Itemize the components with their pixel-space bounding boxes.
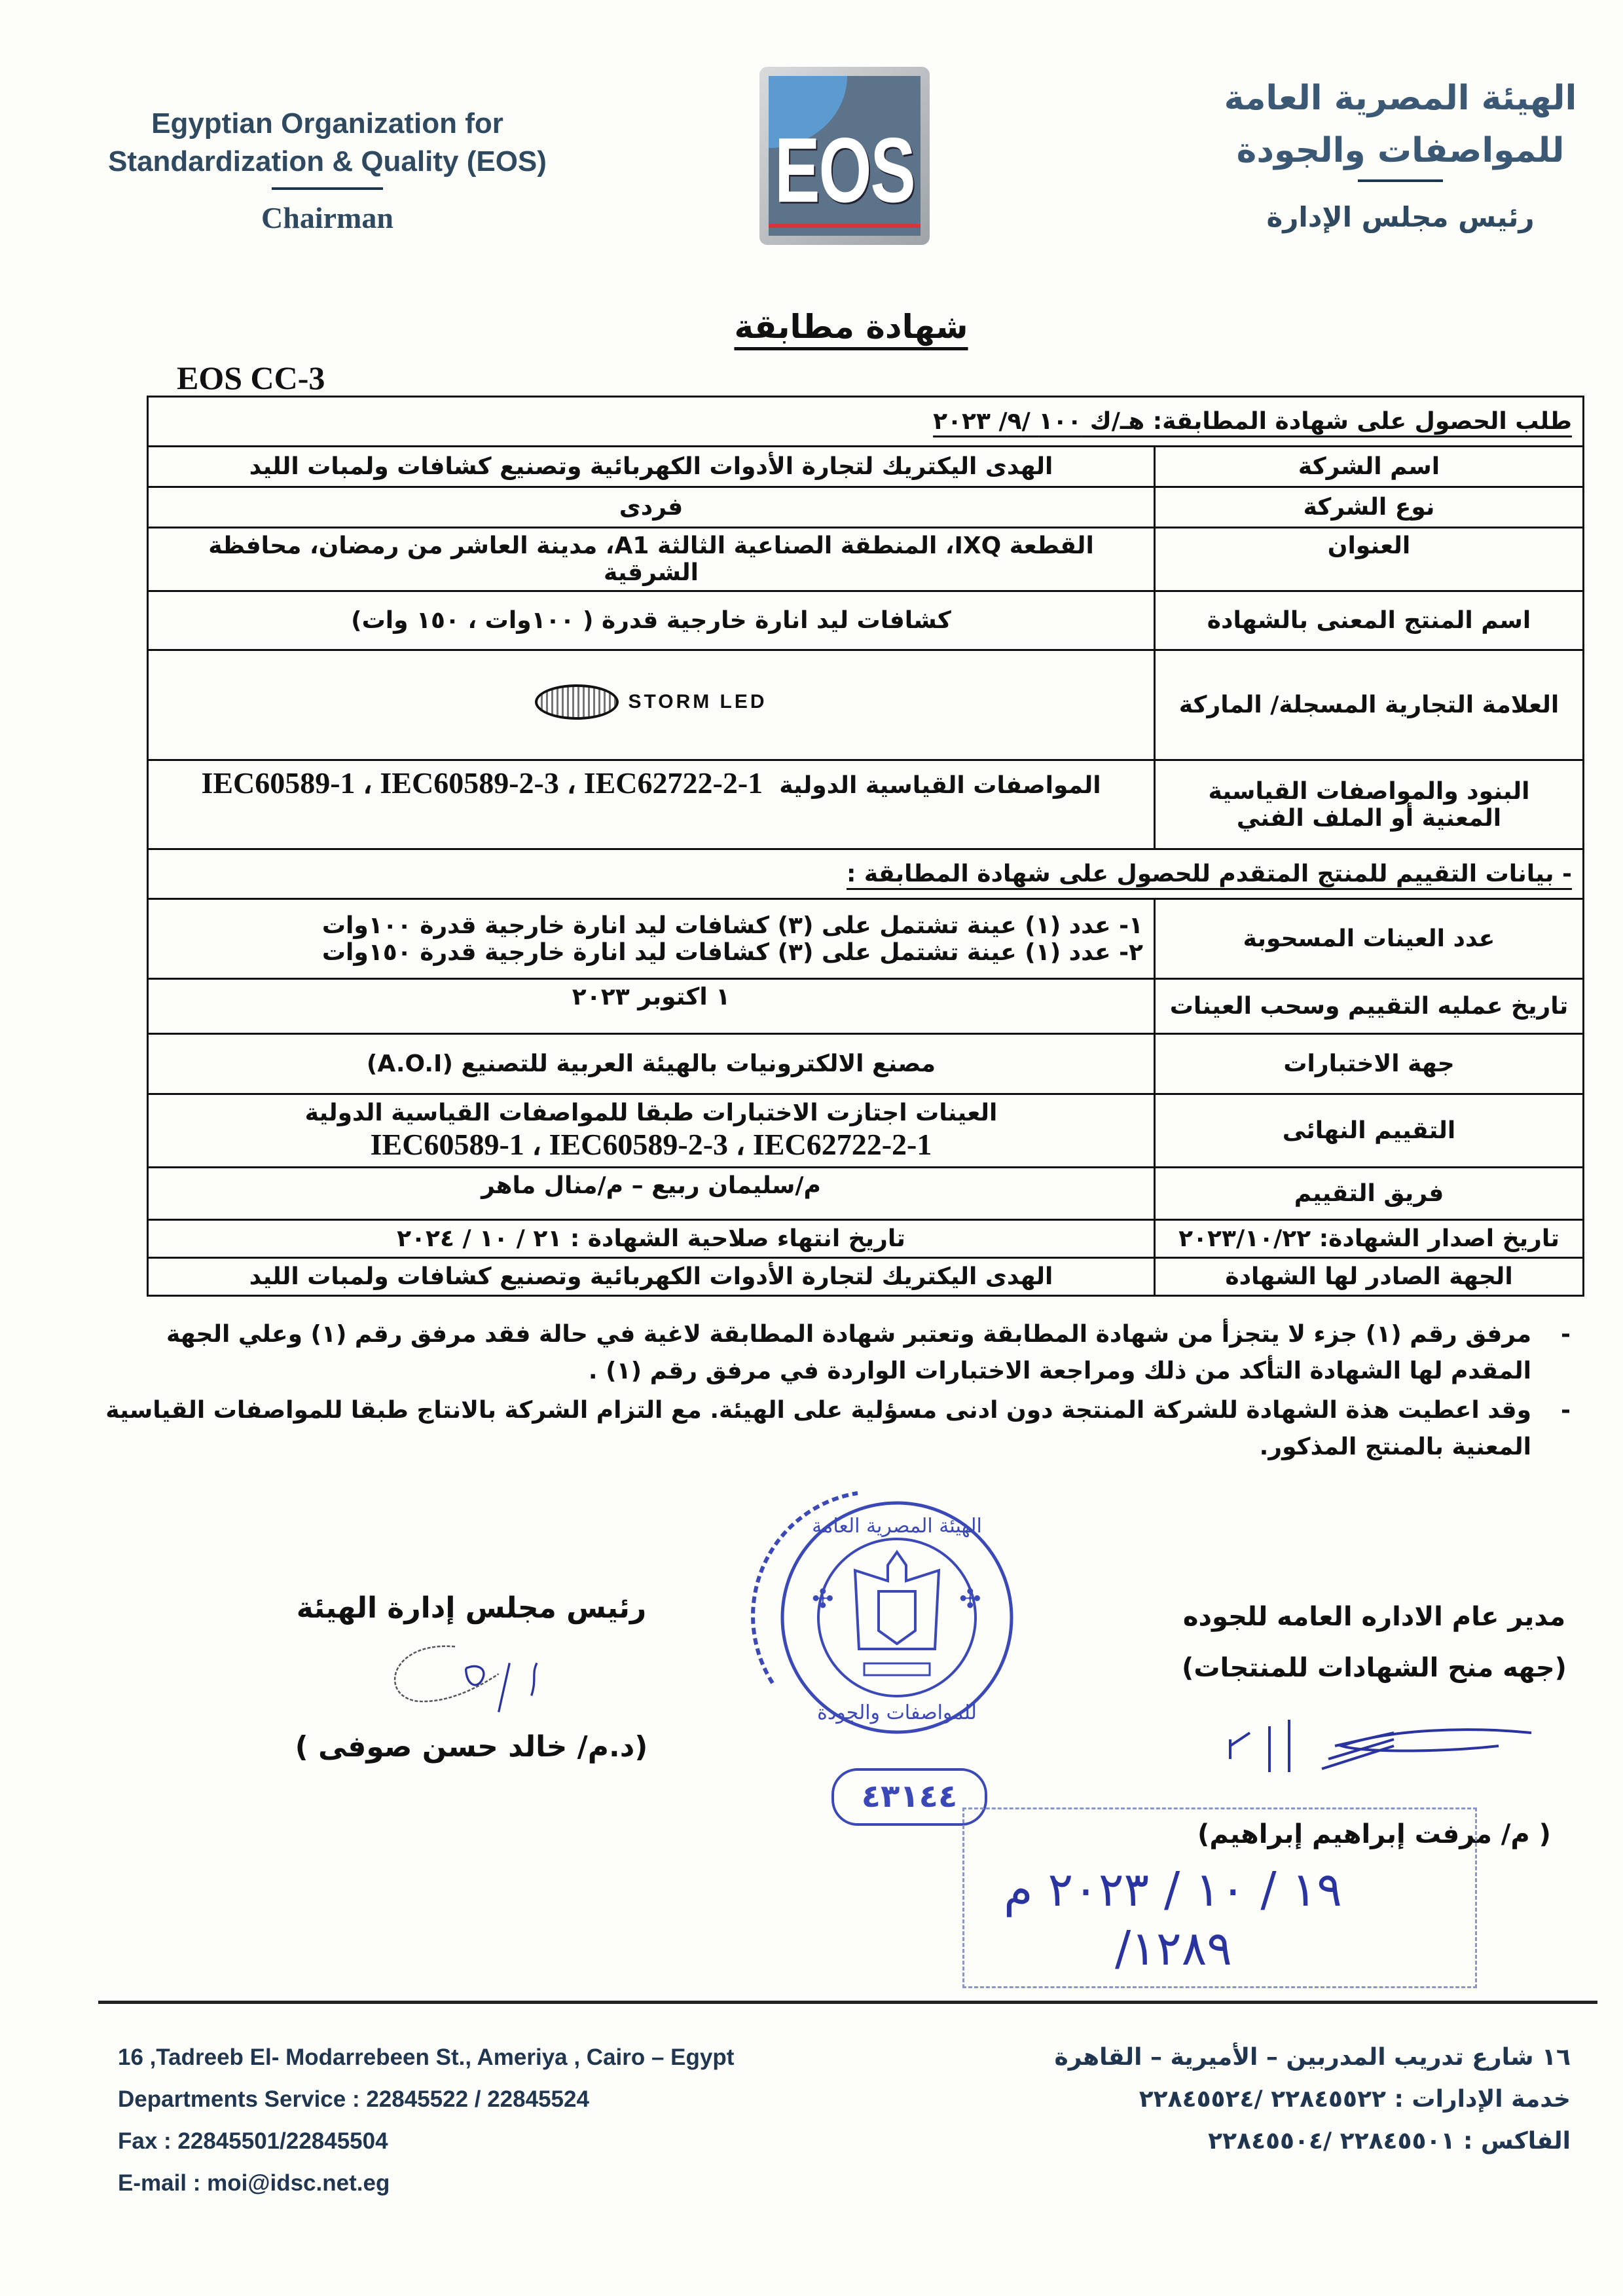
note-item: مرفق رقم (١) جزء لا يتجزأ من شهادة المطا… <box>98 1316 1571 1390</box>
table-row: اسم الشركة الهدى اليكتريك لتجارة الأدوات… <box>148 447 1584 487</box>
standards-codes: IEC60589-1 ، IEC60589-2-3 ، IEC62722-2-1 <box>201 766 763 800</box>
label-address: العنوان <box>1155 528 1584 591</box>
table-row: التقييم النهائى العينات اجتازت الاختبارا… <box>148 1094 1584 1168</box>
table-row: فريق التقييم م/سليمان ربيع – م/منال ماهر <box>148 1168 1584 1220</box>
storm-led-brand-logo: STORM LED <box>535 684 767 720</box>
label-issue-date: تاريخ اصدار الشهادة: ٢٠٢٣/١٠/٢٢ <box>1155 1220 1584 1258</box>
certificate-table: طلب الحصول على شهادة المطابقة: هـ/ك ١٠٠ … <box>147 396 1584 1297</box>
handwritten-signature-icon <box>334 1625 609 1723</box>
eos-logo: EOS <box>759 67 930 245</box>
footer-divider <box>98 2001 1597 2004</box>
table-row: تاريخ اصدار الشهادة: ٢٠٢٣/١٠/٢٢ تاريخ ان… <box>148 1220 1584 1258</box>
footer-email-en[interactable]: E-mail : moi@idsc.net.eg <box>118 2162 734 2204</box>
standards-prefix: المواصفات القياسية الدولية <box>779 772 1101 799</box>
footer-contact-english: 16 ,Tadreeb El- Modarrebeen St., Ameriya… <box>118 2037 734 2204</box>
label-samples: عدد العينات المسحوبة <box>1155 899 1584 979</box>
table-row: البنود والمواصفات القياسية المعنية أو ال… <box>148 760 1584 849</box>
sample-line-2: ٢- عدد (١) عينة تشتمل على (٣) كشافات ليد… <box>159 939 1143 966</box>
table-row: عدد العينات المسحوبة ١- عدد (١) عينة تشت… <box>148 899 1584 979</box>
org-name-en-line2: Standardization & Quality (EOS) <box>85 143 570 181</box>
label-evaluation-team: فريق التقييم <box>1155 1168 1584 1220</box>
label-final-evaluation: التقييم النهائى <box>1155 1094 1584 1168</box>
value-samples: ١- عدد (١) عينة تشتمل على (٣) كشافات ليد… <box>148 899 1155 979</box>
signatory-subtitle: (جهه منح الشهادات للمنتجات) <box>1178 1642 1571 1694</box>
evaluation-heading: - بيانات التقييم للمنتج المتقدم للحصول ع… <box>148 849 1584 899</box>
label-trademark: العلامة التجارية المسجلة/ الماركة <box>1155 650 1584 760</box>
value-product-name: كشافات ليد انارة خارجية قدرة ( ١٠٠وات ، … <box>148 591 1155 650</box>
svg-text:✣: ✣ <box>812 1584 834 1614</box>
org-name-ar-line2: للمواصفات والجودة <box>1217 124 1584 177</box>
header-divider-ar <box>1358 179 1443 182</box>
header-divider <box>272 187 383 190</box>
request-row: طلب الحصول على شهادة المطابقة: هـ/ك ١٠٠ … <box>148 397 1584 447</box>
request-line: طلب الحصول على شهادة المطابقة: هـ/ك ١٠٠ … <box>148 397 1584 447</box>
value-testing-body: مصنع الالكترونيات بالهيئة العربية للتصني… <box>148 1034 1155 1094</box>
title-chairman-ar: رئيس مجلس الإدارة <box>1217 191 1584 244</box>
document-title: شهادة مطابقة <box>714 308 989 346</box>
footer-fax-ar: الفاكس : ٢٢٨٤٥٥٠١ /٢٢٨٤٥٥٠٤ <box>1055 2120 1571 2162</box>
label-company-type: نوع الشركة <box>1155 487 1584 528</box>
handwritten-signature-icon <box>1191 1694 1558 1792</box>
value-address: القطعة IXQ، المنطقة الصناعية الثالثة A1،… <box>148 528 1155 591</box>
official-seal-icon: ✣ ✣ الهيئة المصرية العامة للمواصفات والج… <box>733 1467 1041 1775</box>
final-evaluation-text: العينات اجتازت الاختبارات طبقا للمواصفات… <box>159 1100 1143 1126</box>
signatory-title: مدير عام الاداره العامه للجوده <box>1178 1591 1571 1642</box>
footer-contact-arabic: ١٦ شارع تدريب المدربين – الأميرية – القا… <box>1055 2037 1571 2162</box>
footer-address-en: 16 ,Tadreeb El- Modarrebeen St., Ameriya… <box>118 2037 734 2079</box>
signatory-name: (د.م/ خالد حسن صوفى ) <box>275 1730 668 1764</box>
logo-text: EOS <box>769 119 921 224</box>
value-company-type: فردى <box>148 487 1155 528</box>
label-issued-to: الجهة الصادر لها الشهادة <box>1155 1258 1584 1296</box>
footer-phone-en: Departments Service : 22845522 / 2284552… <box>118 2079 734 2120</box>
stamp-handwritten-date: ١٩ / ١٠ / ٢٠٢٣ م <box>1004 1862 1342 1917</box>
brand-text: STORM LED <box>628 693 767 711</box>
brand-oval-icon <box>535 684 619 720</box>
label-product-name: اسم المنتج المعنى بالشهادة <box>1155 591 1584 650</box>
value-issued-to: الهدى اليكتريك لتجارة الأدوات الكهربائية… <box>148 1258 1155 1296</box>
table-row: نوع الشركة فردى <box>148 487 1584 528</box>
header-org-english: Egyptian Organization for Standardizatio… <box>85 105 570 237</box>
footer-fax-en: Fax : 22845501/22845504 <box>118 2120 734 2162</box>
seal-text-bottom: للمواصفات والجودة <box>817 1701 977 1724</box>
footer-phone-ar: خدمة الإدارات : ٢٢٨٤٥٥٢٢ /٢٢٨٤٥٥٢٤ <box>1055 2079 1571 2120</box>
logo-red-stripe <box>769 224 921 228</box>
org-name-en-line1: Egyptian Organization for <box>85 105 570 143</box>
table-row: تاريخ عمليه التقييم وسحب العينات ١ اكتوب… <box>148 979 1584 1034</box>
value-final-evaluation: العينات اجتازت الاختبارات طبقا للمواصفات… <box>148 1094 1155 1168</box>
label-evaluation-date: تاريخ عمليه التقييم وسحب العينات <box>1155 979 1584 1034</box>
org-name-ar-line1: الهيئة المصرية العامة <box>1217 72 1584 124</box>
sample-line-1: ١- عدد (١) عينة تشتمل على (٣) كشافات ليد… <box>159 912 1143 939</box>
title-chairman-en: Chairman <box>85 199 570 237</box>
signatory-title: رئيس مجلس إدارة الهيئة <box>275 1591 668 1625</box>
stamp-handwritten-number: ١٢٨٩/ <box>1115 1921 1232 1976</box>
table-row: العنوان القطعة IXQ، المنطقة الصناعية الث… <box>148 528 1584 591</box>
value-company-name: الهدى اليكتريك لتجارة الأدوات الكهربائية… <box>148 447 1155 487</box>
table-row: العلامة التجارية المسجلة/ الماركة STORM … <box>148 650 1584 760</box>
label-testing-body: جهة الاختبارات <box>1155 1034 1584 1094</box>
value-expiry-date: تاريخ انتهاء صلاحية الشهادة : ٢١ / ١٠ / … <box>148 1220 1155 1258</box>
table-row: الجهة الصادر لها الشهادة الهدى اليكتريك … <box>148 1258 1584 1296</box>
note-item: وقد اعطيت هذة الشهادة للشركة المنتجة دون… <box>98 1392 1571 1466</box>
seal-text-top: الهيئة المصرية العامة <box>812 1515 982 1538</box>
table-row: اسم المنتج المعنى بالشهادة كشافات ليد ان… <box>148 591 1584 650</box>
header-org-arabic: الهيئة المصرية العامة للمواصفات والجودة … <box>1217 72 1584 244</box>
form-code: EOS CC-3 <box>177 359 325 397</box>
value-evaluation-team: م/سليمان ربيع – م/منال ماهر <box>148 1168 1155 1220</box>
final-evaluation-standards: IEC60589-1 ، IEC60589-2-3 ، IEC62722-2-1 <box>159 1126 1143 1162</box>
value-standards: المواصفات القياسية الدولية IEC60589-1 ، … <box>148 760 1155 849</box>
notes-section: مرفق رقم (١) جزء لا يتجزأ من شهادة المطا… <box>98 1316 1571 1468</box>
footer-address-ar: ١٦ شارع تدريب المدربين – الأميرية – القا… <box>1055 2037 1571 2079</box>
label-company-name: اسم الشركة <box>1155 447 1584 487</box>
table-row: جهة الاختبارات مصنع الالكترونيات بالهيئة… <box>148 1034 1584 1094</box>
received-stamp: ١٩ / ١٠ / ٢٠٢٣ م ١٢٨٩/ <box>962 1807 1477 1988</box>
label-standards: البنود والمواصفات القياسية المعنية أو ال… <box>1155 760 1584 849</box>
svg-text:✣: ✣ <box>959 1584 981 1614</box>
value-evaluation-date: ١ اكتوبر ٢٠٢٣ <box>148 979 1155 1034</box>
evaluation-heading-row: - بيانات التقييم للمنتج المتقدم للحصول ع… <box>148 849 1584 899</box>
value-trademark: STORM LED <box>148 650 1155 760</box>
signature-block-chairman: رئيس مجلس إدارة الهيئة (د.م/ خالد حسن صو… <box>275 1591 668 1764</box>
